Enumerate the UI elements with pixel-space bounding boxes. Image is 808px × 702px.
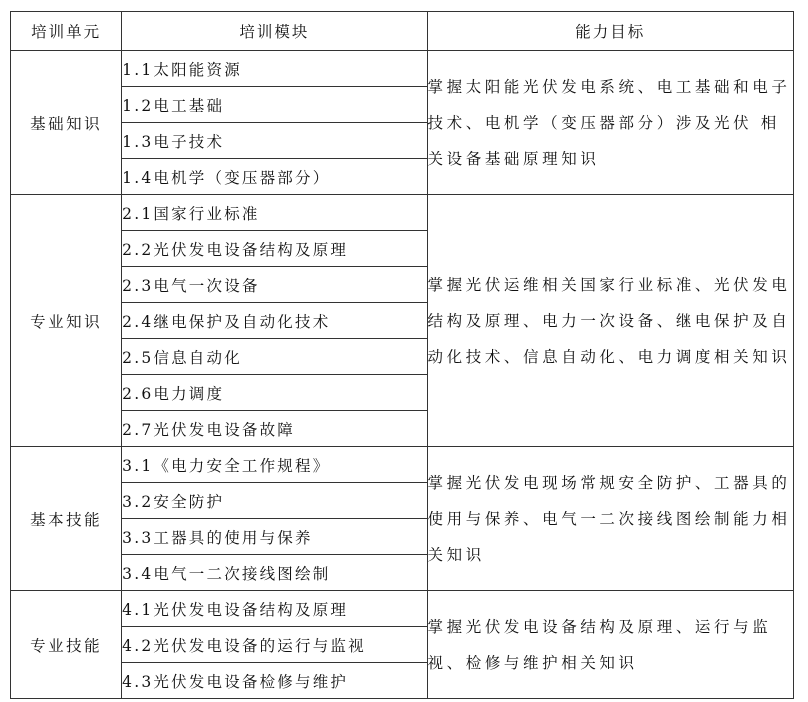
module-cell: 1.4电机学（变压器部分）	[122, 159, 427, 195]
unit-cell: 专业技能	[11, 591, 122, 699]
header-goal: 能力目标	[427, 12, 793, 51]
training-table: 培训单元 培训模块 能力目标 基础知识 1.1太阳能资源 掌握太阳能光伏发电系统…	[10, 11, 794, 699]
module-cell: 4.2光伏发电设备的运行与监视	[122, 627, 427, 663]
goal-cell: 掌握光伏运维相关国家行业标准、光伏发电结构及原理、电力一次设备、继电保护及自动化…	[427, 195, 793, 447]
header-row: 培训单元 培训模块 能力目标	[11, 12, 794, 51]
unit-cell: 基础知识	[11, 51, 122, 195]
module-cell: 2.3电气一次设备	[122, 267, 427, 303]
header-unit: 培训单元	[11, 12, 122, 51]
module-cell: 2.2光伏发电设备结构及原理	[122, 231, 427, 267]
table-row: 基本技能 3.1《电力安全工作规程》 掌握光伏发电现场常规安全防护、工器具的使用…	[11, 447, 794, 483]
module-cell: 2.7光伏发电设备故障	[122, 411, 427, 447]
goal-cell: 掌握光伏发电现场常规安全防护、工器具的使用与保养、电气一二次接线图绘制能力相关知…	[427, 447, 793, 591]
module-cell: 1.2电工基础	[122, 87, 427, 123]
goal-cell: 掌握光伏发电设备结构及原理、运行与监视、检修与维护相关知识	[427, 591, 793, 699]
unit-cell: 基本技能	[11, 447, 122, 591]
module-cell: 3.3工器具的使用与保养	[122, 519, 427, 555]
module-cell: 3.2安全防护	[122, 483, 427, 519]
goal-cell: 掌握太阳能光伏发电系统、电工基础和电子技术、电机学（变压器部分）涉及光伏 相关设…	[427, 51, 793, 195]
unit-cell: 专业知识	[11, 195, 122, 447]
table-row: 专业技能 4.1光伏发电设备结构及原理 掌握光伏发电设备结构及原理、运行与监视、…	[11, 591, 794, 627]
module-cell: 1.1太阳能资源	[122, 51, 427, 87]
table-row: 专业知识 2.1国家行业标准 掌握光伏运维相关国家行业标准、光伏发电结构及原理、…	[11, 195, 794, 231]
module-cell: 4.1光伏发电设备结构及原理	[122, 591, 427, 627]
module-cell: 2.4继电保护及自动化技术	[122, 303, 427, 339]
module-cell: 3.4电气一二次接线图绘制	[122, 555, 427, 591]
module-cell: 2.1国家行业标准	[122, 195, 427, 231]
module-cell: 1.3电子技术	[122, 123, 427, 159]
module-cell: 2.5信息自动化	[122, 339, 427, 375]
table-row: 基础知识 1.1太阳能资源 掌握太阳能光伏发电系统、电工基础和电子技术、电机学（…	[11, 51, 794, 87]
header-module: 培训模块	[122, 12, 427, 51]
module-cell: 3.1《电力安全工作规程》	[122, 447, 427, 483]
module-cell: 2.6电力调度	[122, 375, 427, 411]
module-cell: 4.3光伏发电设备检修与维护	[122, 663, 427, 699]
